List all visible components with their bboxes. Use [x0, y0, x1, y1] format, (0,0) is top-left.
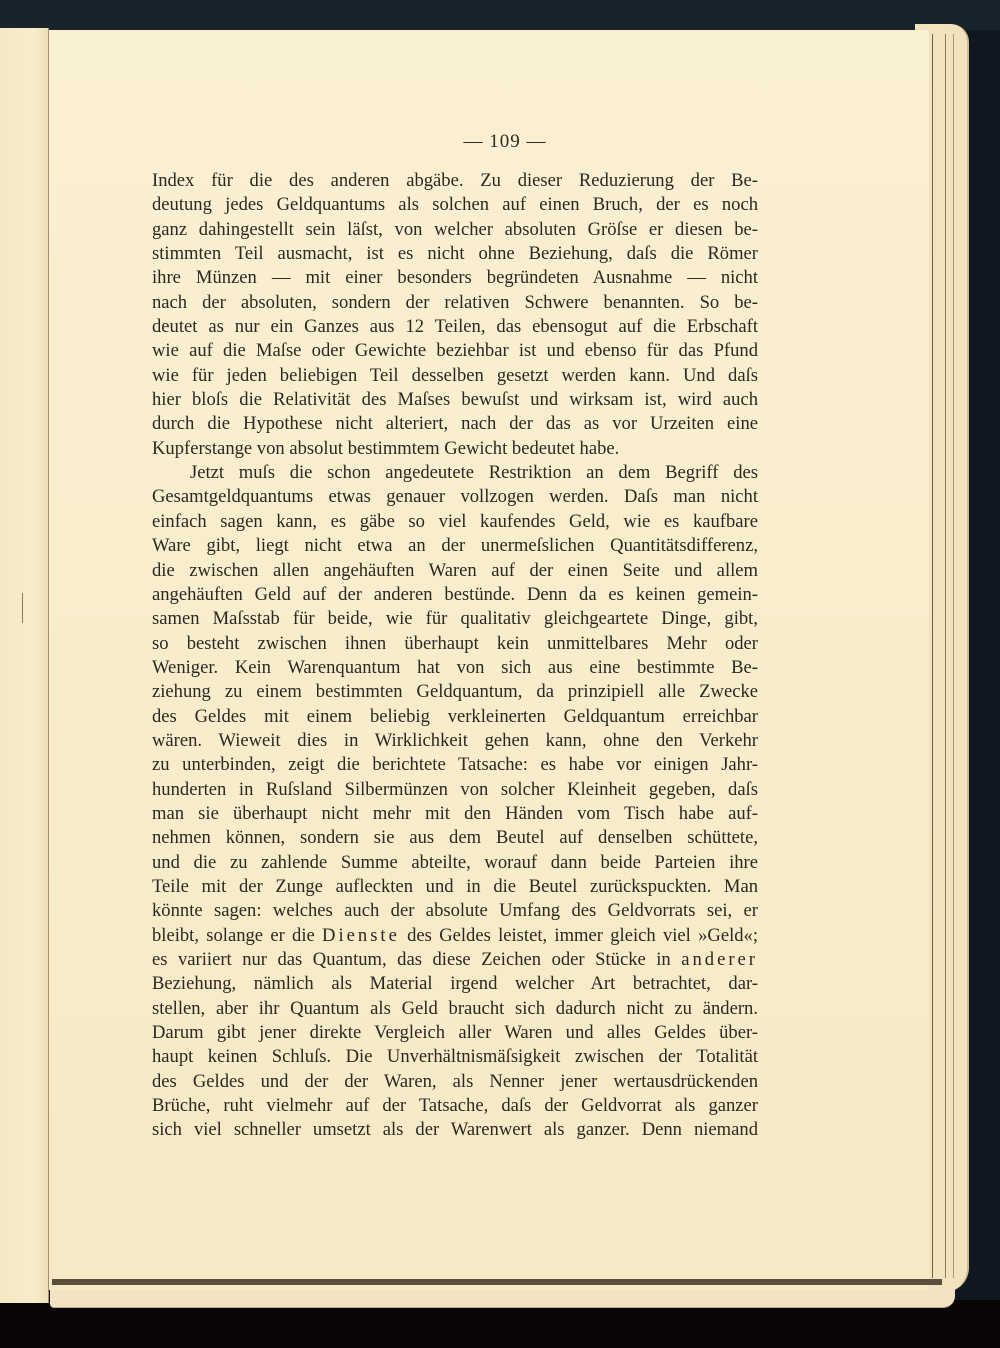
- text-line: haupt keinen Schluſs. Die Unverhältnismä…: [152, 1045, 758, 1069]
- page-edge-line: [945, 34, 946, 1278]
- text-line: deutung jedes Geldquantums als solchen a…: [152, 193, 758, 217]
- text-line: deutet as nur ein Ganzes aus 12 Teilen, …: [152, 315, 758, 339]
- paragraph-2: Jetzt muſs die schon angedeutete Restrik…: [152, 461, 758, 1143]
- scan-backdrop-top: [0, 0, 1000, 30]
- emphasized-word: anderer: [681, 949, 758, 970]
- emphasized-word: Dienste: [322, 925, 400, 946]
- text-line: ihre Münzen — mit einer besonders begrün…: [152, 266, 758, 290]
- text-line: des Geldes mit einem beliebig verkleiner…: [152, 705, 758, 729]
- text-run: bleibt, solange er die: [152, 925, 322, 946]
- text-line: so besteht zwischen ihnen überhaupt kein…: [152, 632, 758, 656]
- page-edge-line: [953, 34, 954, 1278]
- page-edge-line: [932, 34, 933, 1278]
- text-line: Ware gibt, liegt nicht etwa an der unerm…: [152, 534, 758, 558]
- text-line: ziehung zu einem bestimmten Geldquantum,…: [152, 680, 758, 704]
- facing-page-edge: [0, 28, 49, 1303]
- text-line: Weniger. Kein Warenquantum hat von sich …: [152, 656, 758, 680]
- text-line: des Geldes und der der Waren, als Nenner…: [152, 1070, 758, 1094]
- text-line: Gesamtgeldquantums etwas genauer vollzog…: [152, 485, 758, 509]
- text-line: stimmten Teil ausmacht, ist es nicht ohn…: [152, 242, 758, 266]
- text-line: Beziehung, nämlich als Material irgend w…: [152, 972, 758, 996]
- text-line: Kupferstange von absolut bestimmtem Gewi…: [152, 437, 758, 461]
- text-line: die zwischen allen angehäuften Waren auf…: [152, 559, 758, 583]
- text-line: wären. Wieweit dies in Wirklichkeit gehe…: [152, 729, 758, 753]
- facing-page-mark: [22, 593, 23, 623]
- text-line-emphasis: bleibt, solange er die Dienste des Gelde…: [152, 924, 758, 948]
- text-line: Darum gibt jener direkte Vergleich aller…: [152, 1021, 758, 1045]
- text-line: einfach sagen kann, es gäbe so viel kauf…: [152, 510, 758, 534]
- text-line: angehäuften Geld auf der anderen bestünd…: [152, 583, 758, 607]
- text-line: stellen, aber ihr Quantum als Geld brauc…: [152, 997, 758, 1021]
- page-bottom-shadow: [52, 1279, 942, 1285]
- text-line-emphasis: es variiert nur das Quantum, das diese Z…: [152, 948, 758, 972]
- text-line: Index für die des anderen abgäbe. Zu die…: [152, 169, 758, 193]
- text-line: wie auf die Maſse oder Gewichte beziehba…: [152, 339, 758, 363]
- text-line: und die zu zahlende Summe abteilte, wora…: [152, 851, 758, 875]
- text-line: hunderten in Ruſsland Silbermünzen von s…: [152, 778, 758, 802]
- page-number: — 109 —: [0, 131, 1000, 153]
- text-line: samen Maſsstab für beide, wie für qualit…: [152, 607, 758, 631]
- text-line: nach der absoluten, sondern der relative…: [152, 291, 758, 315]
- paragraph-1: Index für die des anderen abgäbe. Zu die…: [152, 169, 758, 461]
- body-text: Index für die des anderen abgäbe. Zu die…: [152, 169, 758, 1143]
- text-line: könnte sagen: welches auch der absolute …: [152, 899, 758, 923]
- text-line: Jetzt muſs die schon angedeutete Restrik…: [152, 461, 758, 485]
- text-line: man sie überhaupt nicht mehr mit den Hän…: [152, 802, 758, 826]
- text-run: es variiert nur das Quantum, das diese Z…: [152, 949, 681, 970]
- text-line: hier bloſs die Relativität des Maſses be…: [152, 388, 758, 412]
- text-line: sich viel schneller umsetzt als der Ware…: [152, 1118, 758, 1142]
- text-line: Teile mit der Zunge aufleckten und in di…: [152, 875, 758, 899]
- text-run: des Geldes leistet, immer gleich viel »G…: [400, 925, 758, 946]
- text-line: nehmen können, sondern sie aus dem Beute…: [152, 826, 758, 850]
- text-line: ganz dahingestellt sein läſst, von welch…: [152, 218, 758, 242]
- text-line: wie für jeden beliebigen Teil desselben …: [152, 364, 758, 388]
- text-line: Brüche, ruht vielmehr auf der Tatsache, …: [152, 1094, 758, 1118]
- text-line: zu unterbinden, zeigt die berichtete Tat…: [152, 753, 758, 777]
- text-line: durch die Hypothese nicht alteriert, nac…: [152, 412, 758, 436]
